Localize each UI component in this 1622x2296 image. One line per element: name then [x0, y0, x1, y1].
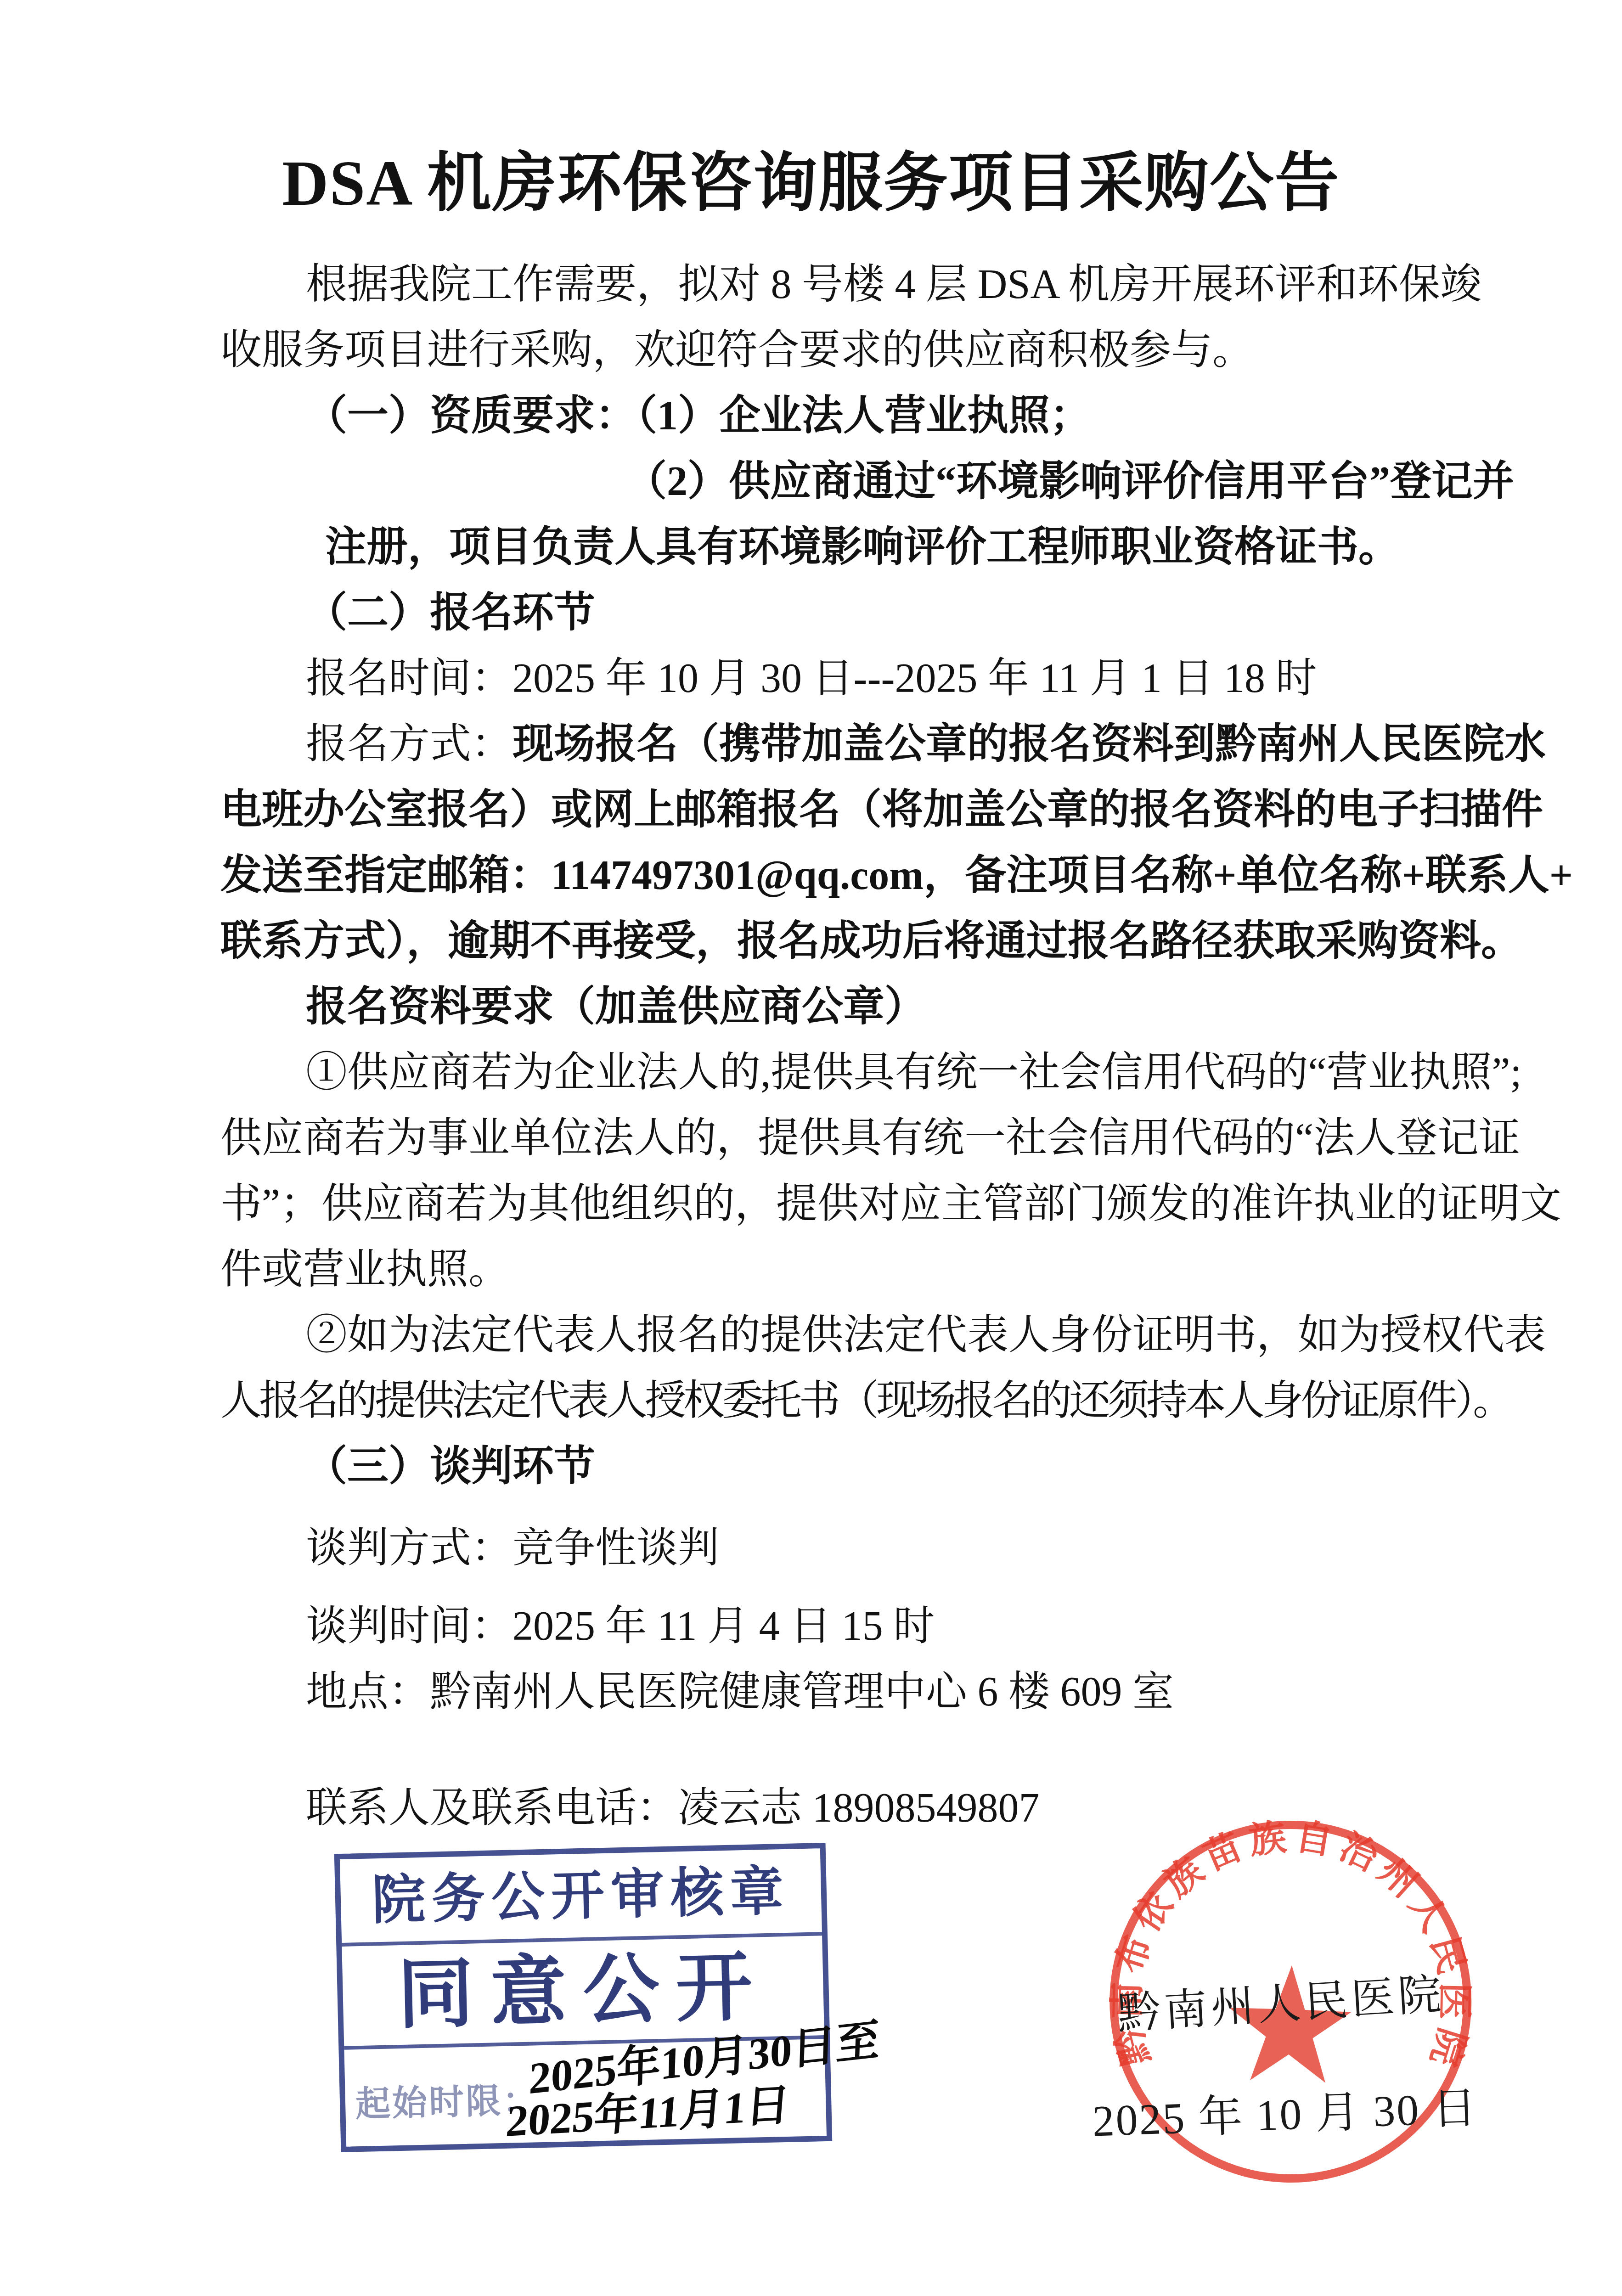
doc-line: 人报名的提供法定代表人授权委托书（现场报名的还须持本人身份证原件）。 — [220, 1368, 1543, 1434]
doc-line: （一）资质要求：（1）企业法人营业执照； — [220, 383, 1543, 449]
line-emphasis: 现场报名（携带加盖公章的报名资料到黔南州人民医院水 — [513, 721, 1546, 767]
approval-stamp-title: 院务公开审核章 — [340, 1848, 822, 1947]
page-title: DSA 机房环保咨询服务项目采购公告 — [0, 131, 1622, 224]
doc-line: 谈判方式：竞争性谈判 — [220, 1515, 1543, 1581]
doc-line: 发送至指定邮箱：1147497301@qq.com，备注项目名称+单位名称+联系… — [220, 843, 1543, 908]
approval-stamp: 院务公开审核章 同意公开 起始时限： 2025年10月30日至 2025年11月… — [334, 1843, 832, 2152]
doc-line: 电班办公室报名）或网上邮箱报名（将加盖公章的报名资料的电子扫描件 — [220, 777, 1543, 843]
doc-line: 谈判时间：2025 年 11 月 4 日 15 时 — [220, 1593, 1543, 1659]
doc-line: （二）报名环节 — [220, 580, 1543, 646]
doc-line: （2）供应商通过“环境影响评价信用平台”登记并 — [220, 449, 1543, 514]
doc-line: 报名时间：2025 年 10 月 30 日---2025 年 11 月 1 日 … — [220, 646, 1543, 711]
doc-line: ①供应商若为企业法人的,提供具有统一社会信用代码的“营业执照”; — [220, 1040, 1543, 1105]
doc-line: 供应商若为事业单位法人的，提供具有统一社会信用代码的“法人登记证 — [220, 1105, 1543, 1171]
scanned-document-page: DSA 机房环保咨询服务项目采购公告 根据我院工作需要，拟对 8 号楼 4 层 … — [0, 0, 1622, 2296]
doc-line: 地点：黔南州人民医院健康管理中心 6 楼 609 室 — [220, 1659, 1543, 1725]
doc-line: （三）谈判环节 — [220, 1434, 1543, 1499]
doc-line: 书”；供应商若为其他组织的，提供对应主管部门颁发的准许执业的证明文 — [220, 1171, 1543, 1237]
line-prefix: 报名方式： — [306, 721, 513, 767]
doc-line: ②如为法定代表人报名的提供法定代表人身份证明书，如为授权代表 — [220, 1302, 1543, 1368]
doc-line: 报名方式：现场报名（携带加盖公章的报名资料到黔南州人民医院水 — [220, 711, 1543, 777]
seal-date-text: 2025 年 10 月 30 日 — [1091, 2072, 1479, 2149]
doc-line: 报名资料要求（加盖供应商公章） — [220, 974, 1543, 1040]
doc-line: 联系方式），逾期不再接受，报名成功后将通过报名路径获取采购资料。 — [220, 908, 1543, 974]
doc-line: 收服务项目进行采购，欢迎符合要求的供应商积极参与。 — [220, 317, 1543, 383]
doc-line: 注册，项目负责人具有环境影响评价工程师职业资格证书。 — [220, 514, 1543, 580]
document-body: 根据我院工作需要，拟对 8 号楼 4 层 DSA 机房开展环评和环保竣 收服务项… — [220, 252, 1543, 1841]
approval-stamp-duration-row: 起始时限： 2025年10月30日至 2025年11月1日 — [344, 2039, 826, 2139]
doc-line: 件或营业执照。 — [220, 1237, 1543, 1302]
doc-line: 根据我院工作需要，拟对 8 号楼 4 层 DSA 机房开展环评和环保竣 — [220, 252, 1543, 317]
